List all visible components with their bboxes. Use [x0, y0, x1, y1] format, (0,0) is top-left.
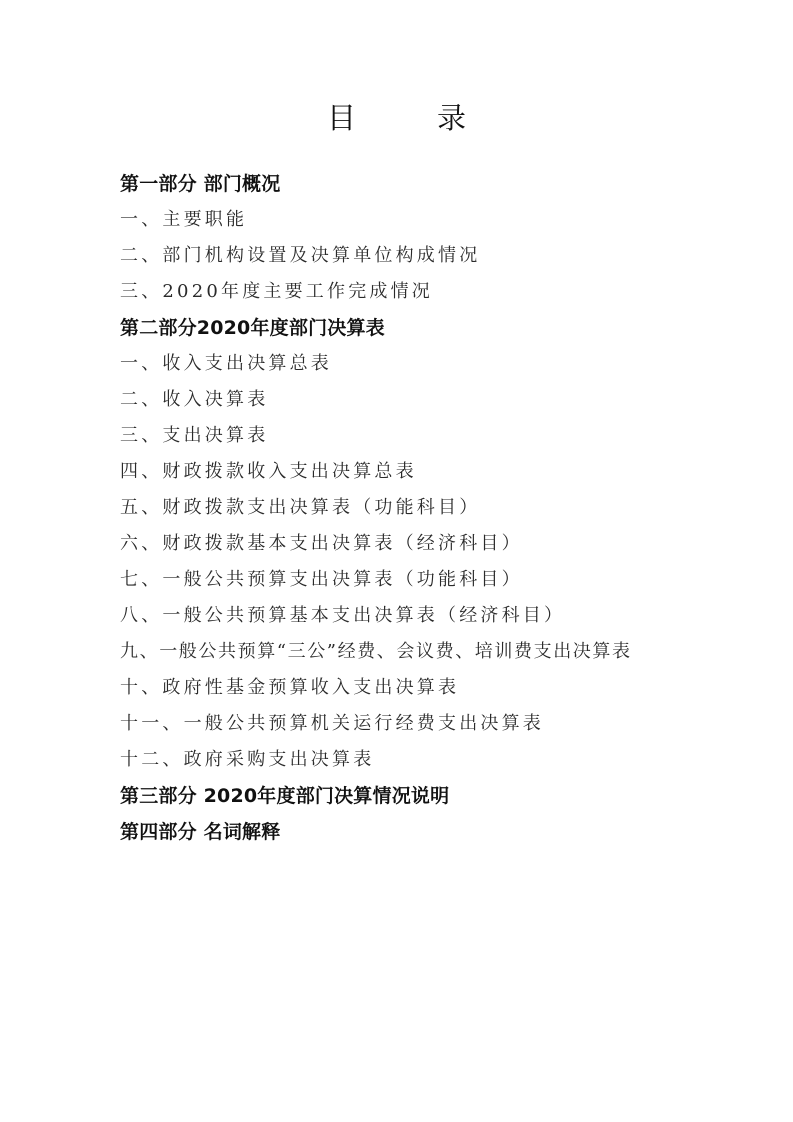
- toc-item[interactable]: 九、一般公共预算“三公”经费、会议费、培训费支出决算表: [120, 634, 740, 670]
- toc-item[interactable]: 一、收入支出决算总表: [120, 346, 740, 382]
- toc-part-3-heading[interactable]: 第三部分 2020年度部门决算情况说明: [120, 778, 740, 814]
- toc-item[interactable]: 三、支出决算表: [120, 418, 740, 454]
- toc-item[interactable]: 七、一般公共预算支出决算表（功能科目）: [120, 562, 740, 598]
- toc-item[interactable]: 八、一般公共预算基本支出决算表（经济科目）: [120, 598, 740, 634]
- toc-part-2-heading[interactable]: 第二部分2020年度部门决算表: [120, 310, 740, 346]
- toc-item[interactable]: 二、部门机构设置及决算单位构成情况: [120, 238, 740, 274]
- toc-item[interactable]: 三、2020年度主要工作完成情况: [120, 274, 740, 310]
- toc-item[interactable]: 六、财政拨款基本支出决算表（经济科目）: [120, 526, 740, 562]
- toc-item[interactable]: 二、收入决算表: [120, 382, 740, 418]
- toc-item[interactable]: 十一、一般公共预算机关运行经费支出决算表: [120, 706, 740, 742]
- toc-item[interactable]: 四、财政拨款收入支出决算总表: [120, 454, 740, 490]
- toc-item[interactable]: 一、主要职能: [120, 202, 740, 238]
- toc-item[interactable]: 十、政府性基金预算收入支出决算表: [120, 670, 740, 706]
- toc-part-1-heading[interactable]: 第一部分 部门概况: [120, 166, 740, 202]
- toc-part-4-heading[interactable]: 第四部分 名词解释: [120, 814, 740, 850]
- toc-item[interactable]: 五、财政拨款支出决算表（功能科目）: [120, 490, 740, 526]
- page-title: 目 录: [0, 98, 793, 138]
- table-of-contents: 第一部分 部门概况 一、主要职能 二、部门机构设置及决算单位构成情况 三、202…: [120, 166, 740, 850]
- toc-item[interactable]: 十二、政府采购支出决算表: [120, 742, 740, 778]
